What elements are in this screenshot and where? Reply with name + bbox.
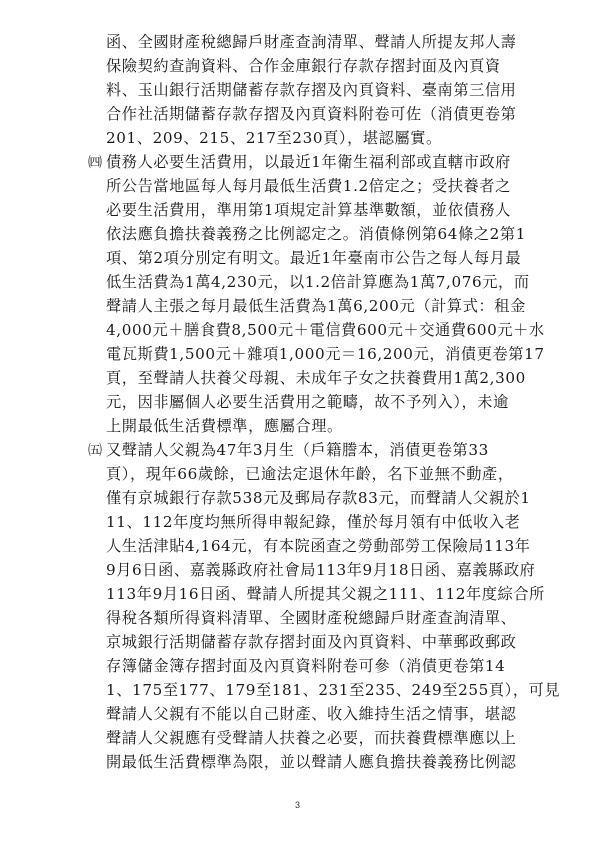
text-line: 電瓦斯費1,500元＋雜項1,000元＝16,200元，消債更卷第17 [106,342,545,366]
text-line: 債務人必要生活費用，以最近1年衛生福利部或直轄市政府 [106,153,511,171]
text-line: 僅有京城銀行存款538元及郵局存款83元，而聲請人父親於1 [106,486,531,510]
text-line: 聲請人父親有不能以自己財產、收入維持生活之情事，堪認 [106,702,516,726]
text-line: 所公告當地區每人每月最低生活費1.2倍定之；受扶養者之 [106,174,511,198]
text-line: 上開最低生活費標準，應屬合理。 [106,414,343,438]
paragraph-marker-five: ㈤ [88,439,106,463]
text-line: 11、112年度均無所得申報紀錄，僅於每月領有中低收入老 [106,510,520,534]
text-line: 低生活費為1萬4,230元，以1.2倍計算應為1萬7,076元，而 [106,270,530,294]
text-line: 必要生活費用，準用第1項規定計算基準數額，並依債務人 [106,198,511,222]
page-number: 3 [0,800,595,810]
paragraph-marker-four: ㈣ [88,151,106,175]
text-line: 113年9月16日函、聲請人所提其父親之111、112年度綜合所 [106,582,545,606]
text-line: 1、175至177、179至181、231至235、249至255頁），可見 [106,678,560,702]
text-line: 頁，至聲請人扶養父母親、未成年子女之扶養費用1萬2,300 [106,366,526,390]
paragraph-four-first-line: ㈣債務人必要生活費用，以最近1年衛生福利部或直轄市政府 [88,150,511,174]
text-line: 9月6日函、嘉義縣政府社會局113年9月18日函、嘉義縣政府 [106,558,535,582]
text-line: 得稅各類所得資料清單、全國財產稅總歸戶財產查詢清單、 [106,606,516,630]
text-line: 聲請人父親應有受聲請人扶養之必要，而扶養費標準應以上 [106,726,516,750]
text-line: 人生活津貼4,164元，有本院函查之勞動部勞工保險局113年 [106,534,531,558]
document-page: 函、全國財產稅總歸戶財產查詢清單、聲請人所提友邦人壽 保險契約查詢資料、合作金庫… [0,0,595,842]
text-line: 函、全國財產稅總歸戶財產查詢清單、聲請人所提友邦人壽 [106,30,516,54]
text-line: 元，因非屬個人必要生活費用之範疇，故不予列入），未逾 [106,390,509,414]
paragraph-five-first-line: ㈤又聲請人父親為47年3月生（戶籍謄本，消債更卷第33 [88,438,489,462]
text-line: 聲請人主張之每月最低生活費為1萬6,200元（計算式：租金 [106,294,526,318]
text-line: 4,000元＋膳食費8,500元＋電信費600元＋交通費600元＋水 [106,318,545,342]
text-line: 201、209、215、217至230頁），堪認屬實。 [106,126,442,150]
text-line: 開最低生活費標準為限，並以聲請人應負擔扶養義務比例認 [106,750,516,774]
text-line: 項、第2項分別定有明文。最近1年臺南市公告之每人每月最 [106,246,521,270]
text-line: 頁），現年66歲餘，已逾法定退休年齡，名下並無不動產， [106,462,514,486]
text-line: 合作社活期儲蓄存款存摺及內頁資料附卷可佐（消債更卷第 [106,102,516,126]
text-line: 存簿儲金簿存摺封面及內頁資料附卷可參（消債更卷第14 [106,654,505,678]
text-line: 依法應負擔扶養義務之比例認定之。消債條例第64條之2第1 [106,222,526,246]
text-line: 京城銀行活期儲蓄存款存摺封面及內頁資料、中華郵政郵政 [106,630,516,654]
text-line: 保險契約查詢資料、合作金庫銀行存款存摺封面及內頁資 [106,54,501,78]
text-line: 料、玉山銀行活期儲蓄存款存摺及內頁資料、臺南第三信用 [106,78,516,102]
text-line: 又聲請人父親為47年3月生（戶籍謄本，消債更卷第33 [106,441,489,459]
